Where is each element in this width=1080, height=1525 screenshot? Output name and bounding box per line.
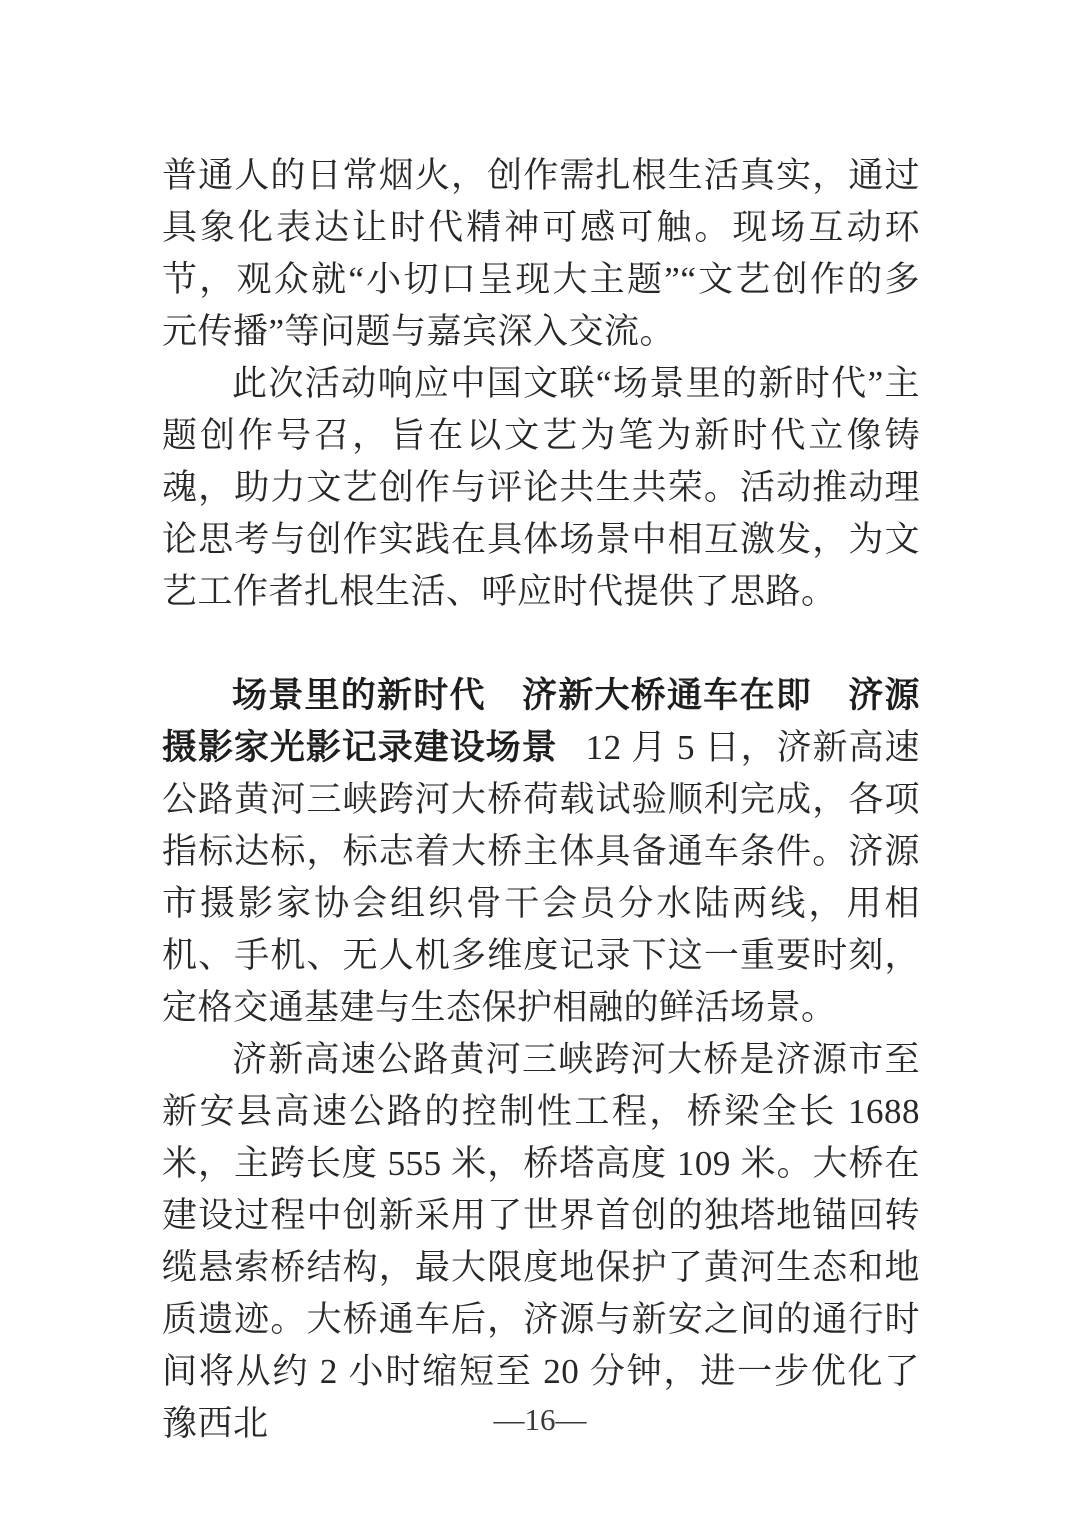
- paragraph-news-item: 场景里的新时代 济新大桥通车在即 济源摄影家光影记录建设场景12 月 5 日，济…: [162, 670, 920, 1034]
- paragraph-continuation: 普通人的日常烟火，创作需扎根生活真实，通过具象化表达让时代精神可感可触。现场互动…: [162, 150, 920, 358]
- paragraph-activity-summary: 此次活动响应中国文联“场景里的新时代”主题创作号召，旨在以文艺为笔为新时代立像铸…: [162, 358, 920, 618]
- page-text-block: 普通人的日常烟火，创作需扎根生活真实，通过具象化表达让时代精神可感可触。现场互动…: [162, 150, 920, 1450]
- paragraph-bridge-details: 济新高速公路黄河三峡跨河大桥是济源市至新安县高速公路的控制性工程，桥梁全长 16…: [162, 1034, 920, 1450]
- news-body-text: 12 月 5 日，济新高速公路黄河三峡跨河大桥荷载试验顺利完成，各项指标达标，标…: [162, 728, 920, 1027]
- page-number: —16—: [0, 1400, 1080, 1440]
- document-page: 普通人的日常烟火，创作需扎根生活真实，通过具象化表达让时代精神可感可触。现场互动…: [0, 0, 1080, 1525]
